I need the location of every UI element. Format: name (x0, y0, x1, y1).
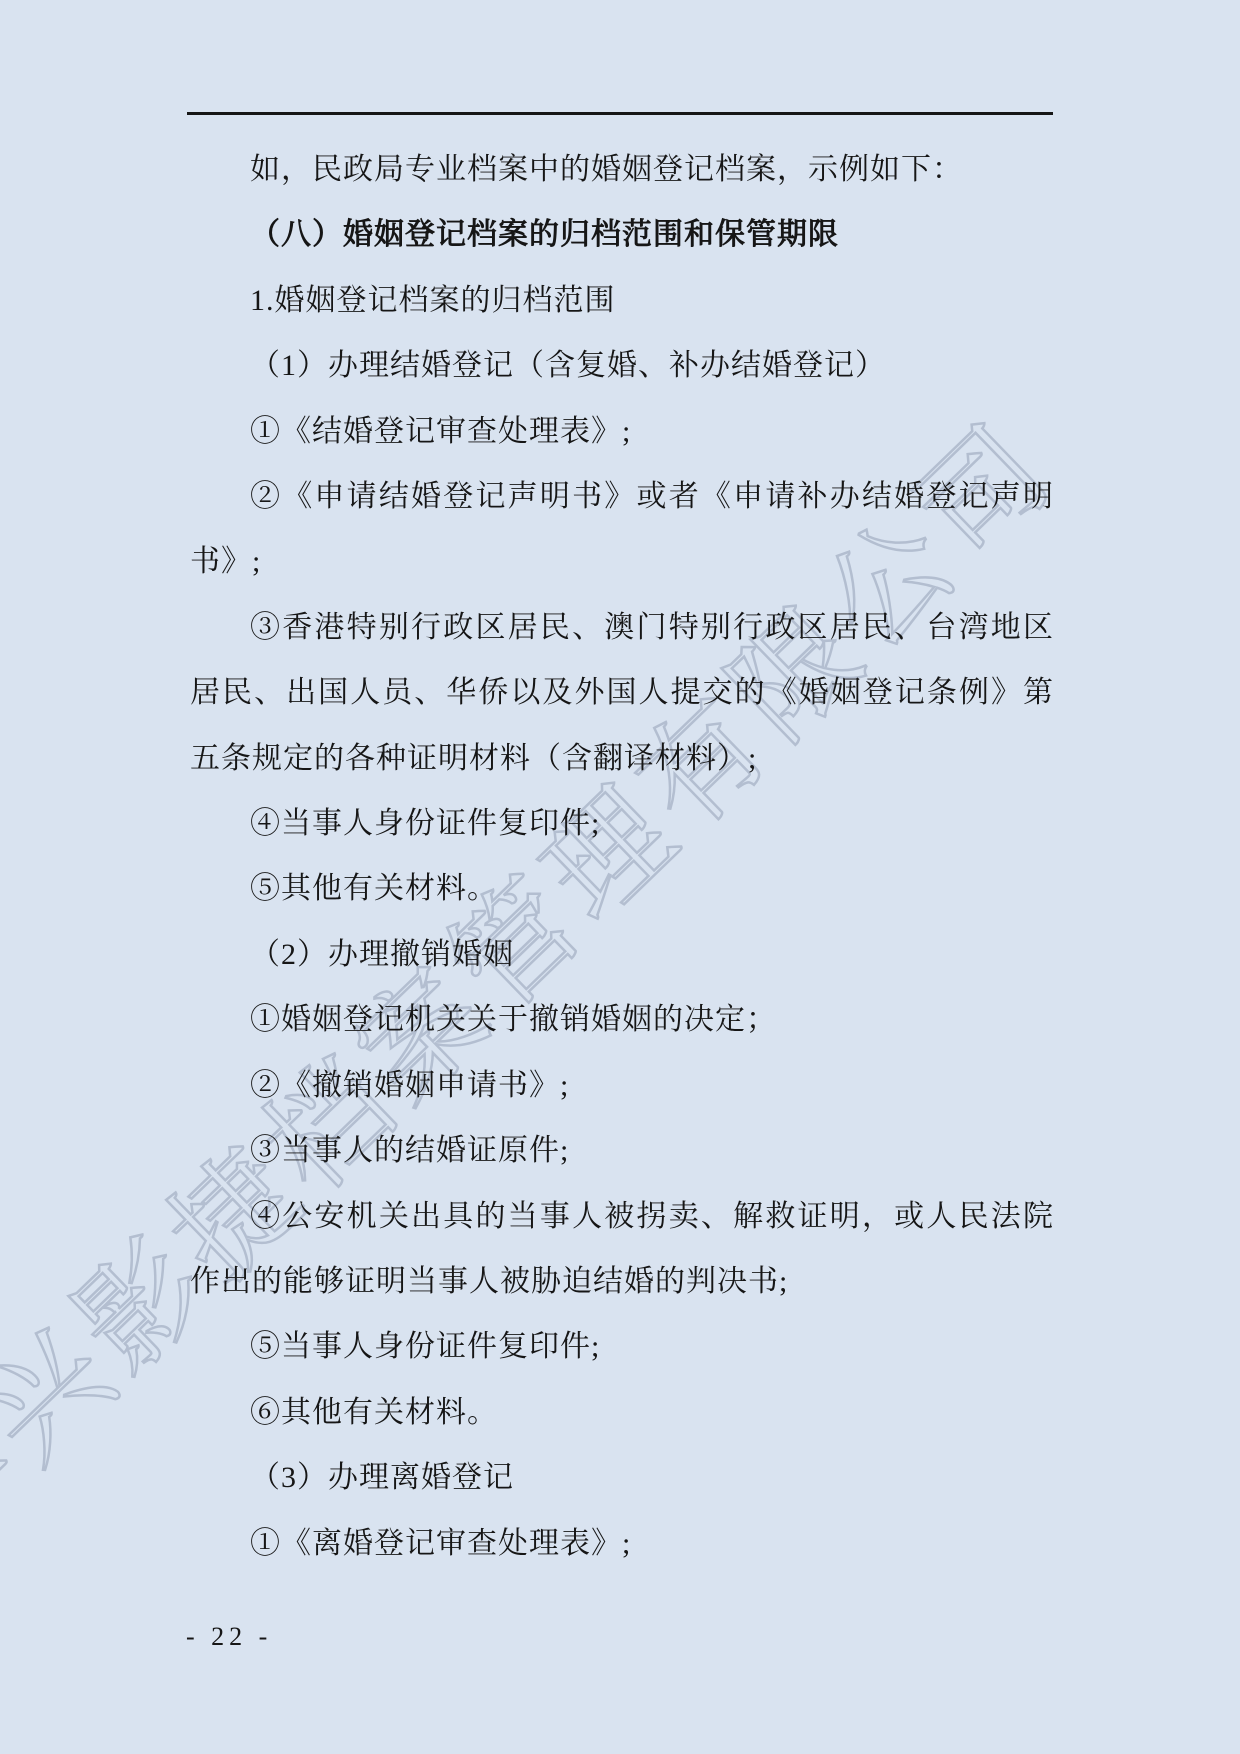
paragraph: ⑤其他有关材料。 (190, 856, 1054, 921)
document-page: 新疆华兴影捷档案管理有限公司 如，民政局专业档案中的婚姻登记档案，示例如下：（八… (0, 0, 1240, 1754)
paragraph: （1）办理结婚登记（含复婚、补办结婚登记） (190, 333, 1054, 398)
document-body: 如，民政局专业档案中的婚姻登记档案，示例如下：（八）婚姻登记档案的归档范围和保管… (190, 137, 1054, 1576)
paragraph: ②《撤销婚姻申请书》; (190, 1053, 1054, 1118)
paragraph: 1.婚姻登记档案的归档范围 (190, 268, 1054, 333)
paragraph: ④公安机关出具的当事人被拐卖、解救证明，或人民法院作出的能够证明当事人被胁迫结婚… (190, 1184, 1054, 1315)
paragraph: ①婚姻登记机关关于撤销婚姻的决定； (190, 987, 1054, 1052)
section-heading: （八）婚姻登记档案的归档范围和保管期限 (190, 202, 1054, 267)
paragraph: （3）办理离婚登记 (190, 1445, 1054, 1510)
paragraph: ③香港特别行政区居民、澳门特别行政区居民、台湾地区居民、出国人员、华侨以及外国人… (190, 595, 1054, 791)
paragraph: 如，民政局专业档案中的婚姻登记档案，示例如下： (190, 137, 1054, 202)
paragraph: ②《申请结婚登记声明书》或者《申请补办结婚登记声明书》; (190, 464, 1054, 595)
header-divider (187, 112, 1053, 115)
page-number: - 22 - (186, 1622, 272, 1652)
paragraph: ③当事人的结婚证原件; (190, 1118, 1054, 1183)
paragraph: ④当事人身份证件复印件; (190, 791, 1054, 856)
paragraph: ⑤当事人身份证件复印件; (190, 1314, 1054, 1379)
paragraph: ⑥其他有关材料。 (190, 1380, 1054, 1445)
paragraph: ①《结婚登记审查处理表》; (190, 399, 1054, 464)
paragraph: （2）办理撤销婚姻 (190, 922, 1054, 987)
paragraph: ①《离婚登记审查处理表》; (190, 1511, 1054, 1576)
